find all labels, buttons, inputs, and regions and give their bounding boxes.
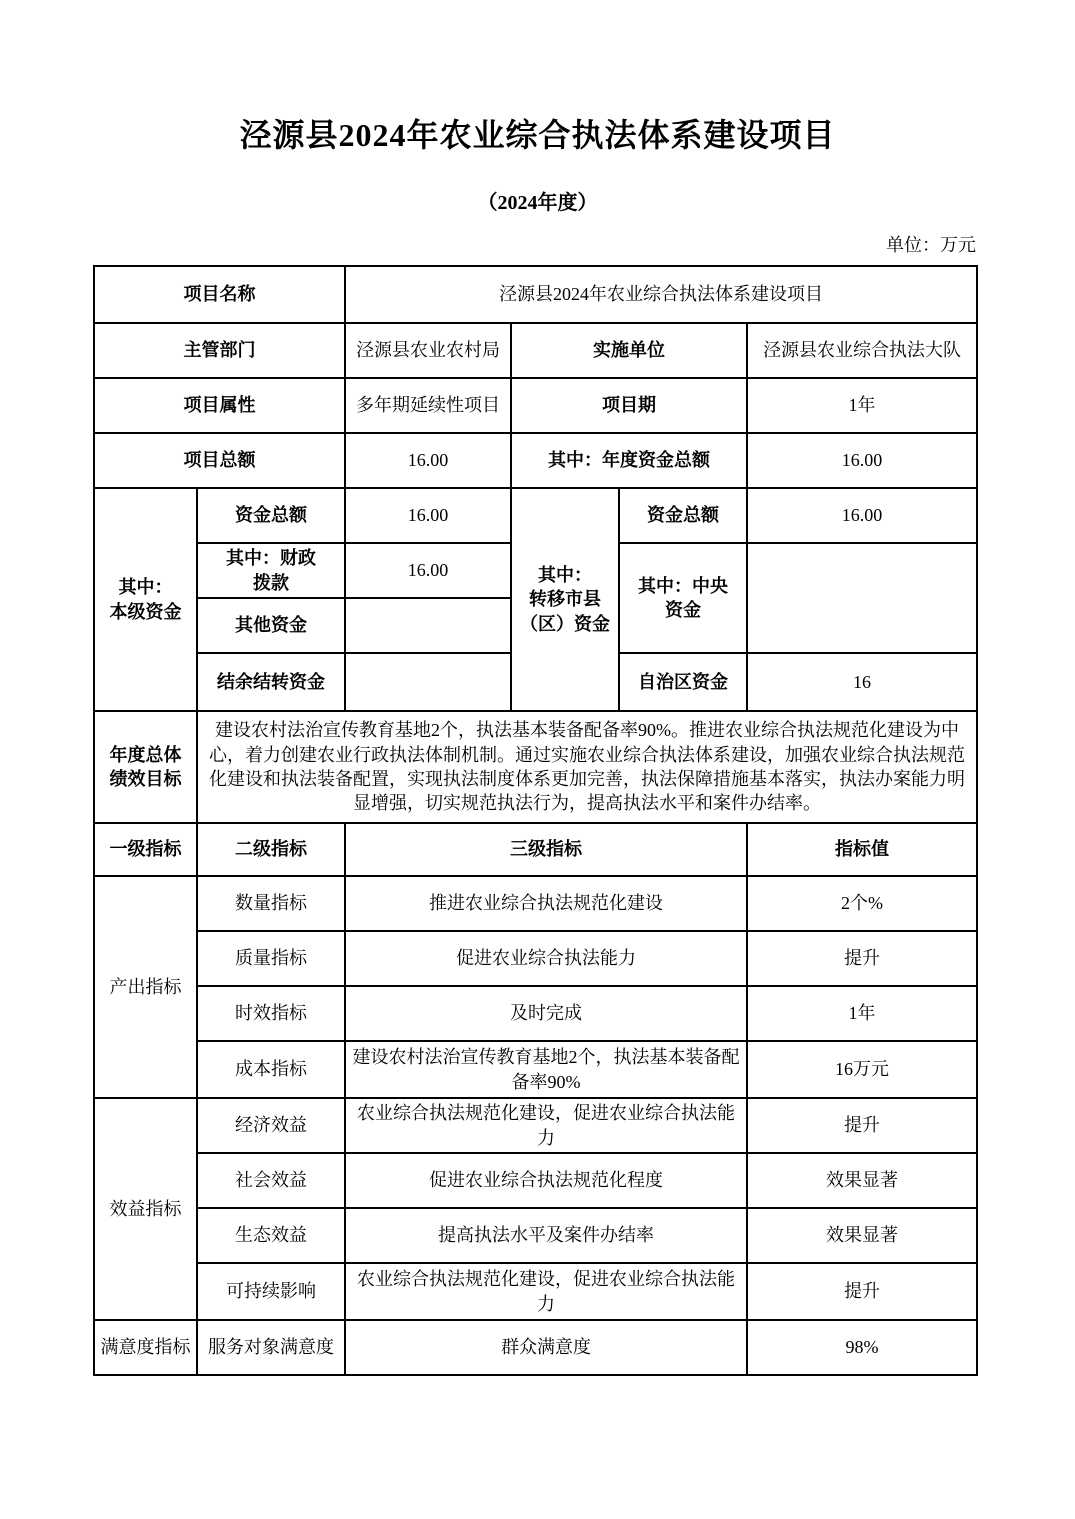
indicator-l3: 推进农业综合执法规范化建设 <box>345 876 747 931</box>
indicator-l3: 提高执法水平及案件办结率 <box>345 1208 747 1263</box>
document-page: 泾源县2024年农业综合执法体系建设项目 （2024年度） 单位：万元 项目名称… <box>0 0 1075 1519</box>
indicator-value: 提升 <box>747 931 977 986</box>
indicator-l3: 建设农村法治宣传教育基地2个，执法基本装备配备率90% <box>345 1041 747 1098</box>
total-value: 16.00 <box>345 433 511 488</box>
indicator-l2: 数量指标 <box>197 876 345 931</box>
central-funds-value <box>747 543 977 653</box>
group-benefit-label: 效益指标 <box>94 1098 197 1320</box>
annual-total-value: 16.00 <box>747 433 977 488</box>
other-funds-value <box>345 598 511 653</box>
total-label: 项目总额 <box>94 433 345 488</box>
group-satisfaction-label: 满意度指标 <box>94 1320 197 1375</box>
indicator-value: 效果显著 <box>747 1153 977 1208</box>
transfer-funds-group-label: 其中： 转移市县 （区）资金 <box>511 488 619 711</box>
project-performance-table: 项目名称 泾源县2024年农业综合执法体系建设项目 主管部门 泾源县农业农村局 … <box>93 265 978 1376</box>
indicator-value: 16万元 <box>747 1041 977 1098</box>
header-value: 指标值 <box>747 823 977 876</box>
group-output-label: 产出指标 <box>94 876 197 1098</box>
page-subtitle: （2024年度） <box>0 186 1075 215</box>
annual-goal-label: 年度总体 绩效目标 <box>94 711 197 823</box>
transfer-total-value: 16.00 <box>747 488 977 543</box>
indicator-l3: 农业综合执法规范化建设，促进农业综合执法能力 <box>345 1098 747 1153</box>
page-title: 泾源县2024年农业综合执法体系建设项目 <box>0 0 1075 156</box>
indicator-value: 2个% <box>747 876 977 931</box>
attr-label: 项目属性 <box>94 378 345 433</box>
project-name-value: 泾源县2024年农业综合执法体系建设项目 <box>345 266 977 323</box>
impl-unit-label: 实施单位 <box>511 323 747 378</box>
carryover-funds-value <box>345 653 511 711</box>
region-funds-value: 16 <box>747 653 977 711</box>
dept-label: 主管部门 <box>94 323 345 378</box>
indicator-value: 提升 <box>747 1098 977 1153</box>
project-name-label: 项目名称 <box>94 266 345 323</box>
local-total-label: 资金总额 <box>197 488 345 543</box>
fiscal-allocation-value: 16.00 <box>345 543 511 598</box>
indicator-l3: 促进农业综合执法能力 <box>345 931 747 986</box>
unit-note: 单位：万元 <box>0 231 976 257</box>
indicator-l2: 服务对象满意度 <box>197 1320 345 1375</box>
indicator-l2: 经济效益 <box>197 1098 345 1153</box>
indicator-value: 1年 <box>747 986 977 1041</box>
indicator-l2: 成本指标 <box>197 1041 345 1098</box>
local-funds-group-label: 其中： 本级资金 <box>94 488 197 711</box>
region-funds-label: 自治区资金 <box>619 653 747 711</box>
other-funds-label: 其他资金 <box>197 598 345 653</box>
indicator-l3: 及时完成 <box>345 986 747 1041</box>
period-label: 项目期 <box>511 378 747 433</box>
annual-total-label: 其中：年度资金总额 <box>511 433 747 488</box>
carryover-funds-label: 结余结转资金 <box>197 653 345 711</box>
indicator-value: 提升 <box>747 1263 977 1320</box>
indicator-l2: 社会效益 <box>197 1153 345 1208</box>
impl-unit-value: 泾源县农业综合执法大队 <box>747 323 977 378</box>
indicator-l2: 生态效益 <box>197 1208 345 1263</box>
indicator-l2: 可持续影响 <box>197 1263 345 1320</box>
indicator-l2: 质量指标 <box>197 931 345 986</box>
indicator-l3: 促进农业综合执法规范化程度 <box>345 1153 747 1208</box>
indicator-value: 98% <box>747 1320 977 1375</box>
indicator-value: 效果显著 <box>747 1208 977 1263</box>
header-level1: 一级指标 <box>94 823 197 876</box>
fiscal-allocation-label: 其中：财政 拨款 <box>197 543 345 598</box>
header-level2: 二级指标 <box>197 823 345 876</box>
period-value: 1年 <box>747 378 977 433</box>
central-funds-label: 其中：中央 资金 <box>619 543 747 653</box>
transfer-total-label: 资金总额 <box>619 488 747 543</box>
attr-value: 多年期延续性项目 <box>345 378 511 433</box>
indicator-l3: 农业综合执法规范化建设，促进农业综合执法能力 <box>345 1263 747 1320</box>
annual-goal-text: 建设农村法治宣传教育基地2个，执法基本装备配备率90%。推进农业综合执法规范化建… <box>197 711 977 823</box>
indicator-l3: 群众满意度 <box>345 1320 747 1375</box>
header-level3: 三级指标 <box>345 823 747 876</box>
local-total-value: 16.00 <box>345 488 511 543</box>
indicator-l2: 时效指标 <box>197 986 345 1041</box>
dept-value: 泾源县农业农村局 <box>345 323 511 378</box>
